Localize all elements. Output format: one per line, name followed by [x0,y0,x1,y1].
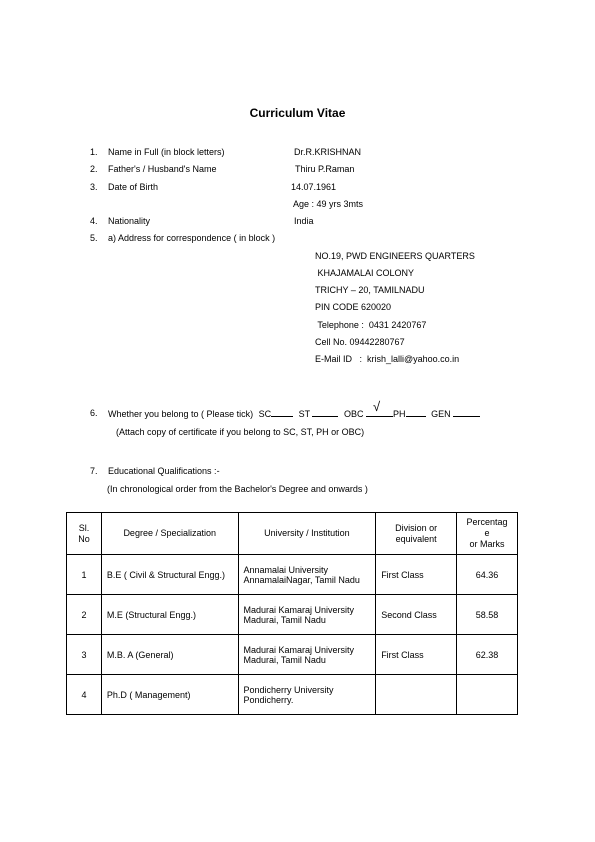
check-icon: √ [373,399,380,414]
cell-division: Second Class [376,595,457,635]
cell-degree: M.E (Structural Engg.) [101,595,238,635]
obc-blank[interactable]: √ [366,408,393,417]
ph-blank[interactable] [406,408,426,417]
education-label: Educational Qualifications :- [108,466,220,476]
option-st: ST [299,409,310,419]
field-number: 5. [90,233,98,243]
field-value-age: Age : 49 yrs 3mts [293,199,363,209]
field-number: 4. [90,216,98,226]
cell-sl: 3 [67,635,102,675]
page-title: Curriculum Vitae [0,106,595,120]
cell-sl: 4 [67,675,102,715]
telephone: Telephone : 0431 2420767 [315,320,426,330]
category-label: Whether you belong to ( Please tick) [108,409,253,419]
field-label-address: a) Address for correspondence ( in block… [108,233,275,243]
category-question: Whether you belong to ( Please tick) SC … [108,408,480,419]
field-label-nationality: Nationality [108,216,150,226]
education-table: Sl.No Degree / Specialization University… [66,512,518,715]
option-gen: GEN [431,409,451,419]
cell-marks: 64.36 [457,555,518,595]
field-value-dob: 14.07.1961 [291,182,336,192]
field-number: 3. [90,182,98,192]
option-obc: OBC [344,409,364,419]
field-label-father: Father's / Husband's Name [108,164,216,174]
email: E-Mail ID : krish_lalli@yahoo.co.in [315,354,459,364]
education-note: (In chronological order from the Bachelo… [107,484,368,494]
address-line: TRICHY – 20, TAMILNADU [315,285,425,295]
header-degree: Degree / Specialization [101,513,238,555]
option-sc: SC [259,409,272,419]
cell-number: Cell No. 09442280767 [315,337,405,347]
field-number: 2. [90,164,98,174]
cell-marks: 58.58 [457,595,518,635]
cell-university: Madurai Kamaraj University Madurai, Tami… [238,595,376,635]
table-row: 1 B.E ( Civil & Structural Engg.) Annama… [67,555,518,595]
field-value-father: Thiru P.Raman [295,164,354,174]
field-number: 7. [90,466,98,476]
address-line: KHAJAMALAI COLONY [315,268,414,278]
cell-sl: 1 [67,555,102,595]
table-row: 4 Ph.D ( Management) Pondicherry Univers… [67,675,518,715]
option-ph: PH [393,409,406,419]
table-row: 2 M.E (Structural Engg.) Madurai Kamaraj… [67,595,518,635]
cell-university: Pondicherry University Pondicherry. [238,675,376,715]
field-number: 1. [90,147,98,157]
sc-blank[interactable] [271,408,293,417]
st-blank[interactable] [312,408,338,417]
field-value-name: Dr.R.KRISHNAN [294,147,361,157]
field-label-name: Name in Full (in block letters) [108,147,225,157]
cell-division [376,675,457,715]
cell-university: Madurai Kamaraj University Madurai, Tami… [238,635,376,675]
cell-marks: 62.38 [457,635,518,675]
header-marks: Percentageor Marks [457,513,518,555]
cell-sl: 2 [67,595,102,635]
cell-division: First Class [376,635,457,675]
gen-blank[interactable] [453,408,480,417]
header-division: Division orequivalent [376,513,457,555]
category-note: (Attach copy of certificate if you belon… [116,427,364,437]
cell-degree: M.B. A (General) [101,635,238,675]
header-sl-no: Sl.No [67,513,102,555]
cell-degree: Ph.D ( Management) [101,675,238,715]
header-university: University / Institution [238,513,376,555]
field-label-dob: Date of Birth [108,182,158,192]
cell-division: First Class [376,555,457,595]
table-row: 3 M.B. A (General) Madurai Kamaraj Unive… [67,635,518,675]
address-line: NO.19, PWD ENGINEERS QUARTERS [315,251,475,261]
address-line: PIN CODE 620020 [315,302,391,312]
cell-university: Annamalai University AnnamalaiNagar, Tam… [238,555,376,595]
field-number: 6. [90,408,98,418]
field-value-nationality: India [294,216,314,226]
cell-marks [457,675,518,715]
table-header-row: Sl.No Degree / Specialization University… [67,513,518,555]
cell-degree: B.E ( Civil & Structural Engg.) [101,555,238,595]
